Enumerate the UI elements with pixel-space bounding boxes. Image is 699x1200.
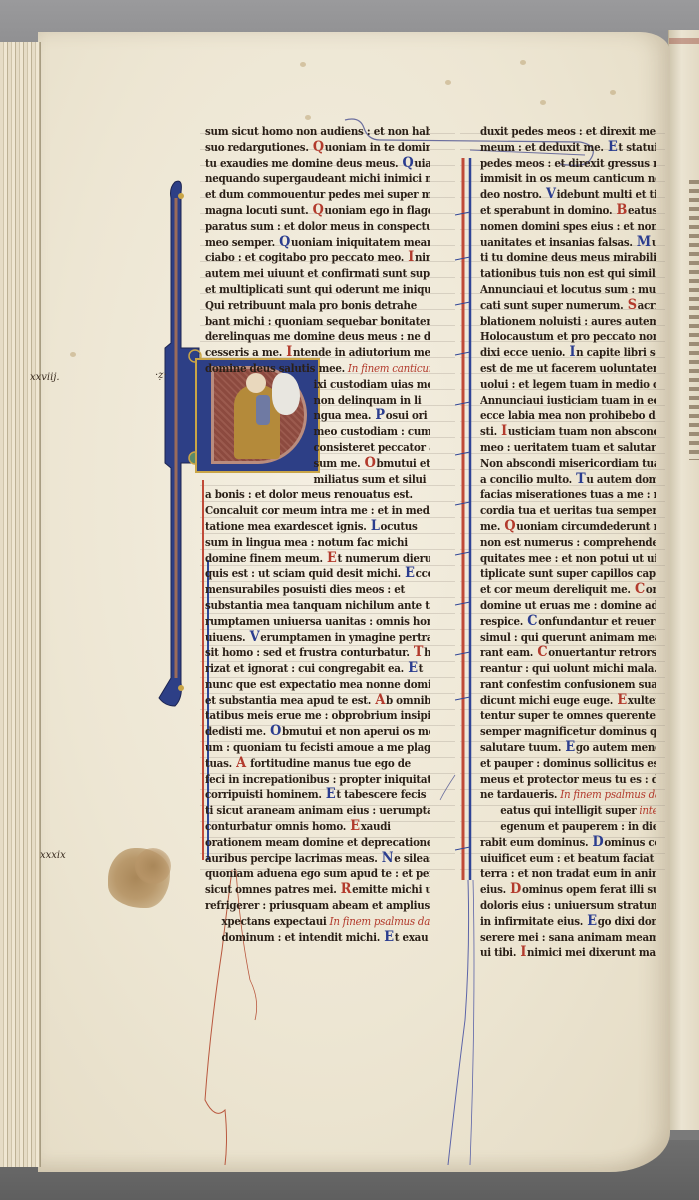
text-line: nunc que est expectatio mea nonne dominu…: [205, 677, 412, 693]
colored-initial: T: [575, 471, 586, 487]
text-line: immisit in os meum canticum nouum : carm…: [480, 171, 642, 187]
text-line: bant michi : quoniam sequebar bonitatem.…: [205, 314, 412, 330]
foxing-spot: [70, 352, 76, 357]
colored-initial: Q: [312, 202, 325, 218]
rubric: In finem psalmus dauid. In finem: [557, 788, 656, 801]
text-line: doloris eius : uniuersum stratum eius ue…: [480, 898, 642, 914]
text-line: tu exaudies me domine deus meus. Quia di…: [205, 156, 412, 172]
text-line: Holocaustum et pro peccato non postulast…: [480, 329, 642, 345]
colored-initial: E: [383, 929, 394, 945]
colored-initial: Q: [504, 518, 517, 534]
text-line: tiplicate sunt super capillos capitis me…: [480, 566, 642, 582]
colored-initial: E: [586, 913, 597, 929]
colored-initial: Q: [312, 139, 325, 155]
text-line: dominum : et intendit michi. Et exau: [205, 930, 412, 946]
text-line: domine ut eruas me : domine ad adiuuandu…: [480, 598, 642, 614]
colored-initial: A: [235, 755, 247, 771]
colored-initial: D: [509, 881, 522, 897]
rubric: intellectus dauid: [636, 804, 656, 817]
text-line: sum in lingua mea : notum fac michi: [205, 535, 412, 551]
text-line: meus et protector meus tu es : deus meus: [480, 772, 642, 788]
text-line: quitates mee : et non potui ut uiderem. …: [480, 551, 642, 567]
colored-initial: E: [407, 660, 418, 676]
colored-initial: P: [374, 407, 385, 423]
colored-initial: M: [636, 234, 652, 250]
text-line: et pauper : dominus sollicitus est mei. …: [480, 756, 642, 772]
text-line: auribus percipe lacrimas meas. Ne sileas: [205, 851, 412, 867]
text-line: serere mei : sana animam meam quia pecca: [480, 930, 642, 946]
text-line: a bonis : et dolor meus renouatus est.: [205, 487, 412, 503]
colored-initial: N: [381, 850, 394, 866]
text-line: quoniam aduena ego sum apud te : et pere…: [205, 866, 412, 882]
colored-initial: I: [285, 344, 293, 360]
colored-initial: O: [269, 723, 282, 739]
text-line: nomen domini spes eius : et non respexit…: [480, 219, 642, 235]
text-line: cati sunt super numerum. Sacrificium et …: [480, 298, 642, 314]
text-line: Qui retribuunt mala pro bonis detrahe: [205, 298, 412, 314]
facing-page-text-fragment: [689, 180, 699, 460]
text-line: reantur : qui uolunt michi mala. Fe: [480, 661, 642, 677]
margin-mark: ·ẓ·: [155, 370, 167, 381]
text-line: uiuificet eum : et beatum faciat eum in: [480, 851, 642, 867]
colored-initial: V: [249, 629, 261, 645]
colored-initial: E: [564, 739, 575, 755]
text-line: ecce labia mea non prohibebo domine tu s…: [480, 408, 642, 424]
colored-initial: A: [374, 692, 386, 708]
margin-gloss-upper: xxviij.: [30, 372, 60, 383]
text-line: ixi custodiam uias meas : ut pro ydithun: [205, 377, 412, 393]
text-line: blationem noluisti : aures autem perfeci…: [480, 314, 642, 330]
text-line: Non abscondi misericordiam tuam et uerit…: [480, 456, 642, 472]
text-line: derelinquas me domine deus meus : ne dis: [205, 329, 412, 345]
text-line: tationibus tuis non est qui similis sit …: [480, 266, 642, 282]
text-line: non est numerus : comprehenderunt me ini: [480, 535, 642, 551]
text-line: et multiplicati sunt qui oderunt me iniq…: [205, 282, 412, 298]
text-line: conturbatur omnis homo. Exaudi: [205, 819, 412, 835]
text-line: corripuisti hominem. Et tabescere fecis: [205, 787, 412, 803]
colored-initial: E: [616, 692, 627, 708]
text-line: Annunciaui et locutus sum : multipli: [480, 282, 642, 298]
text-line: deo nostro. Videbunt multi et timebunt :: [480, 187, 642, 203]
colored-initial: Q: [278, 234, 291, 250]
text-line: simul : qui querunt animam meam ut aufe: [480, 630, 642, 646]
text-line: Annunciaui iusticiam tuam in ecclesia ma…: [480, 393, 642, 409]
text-line: domine deus salutis mee. In finem cantic…: [205, 361, 412, 377]
text-line: feci in increpationibus : propter iniqui…: [205, 772, 412, 788]
text-line: magna locuti sunt. Quoniam ego in flagel…: [205, 203, 412, 219]
foxing-spot: [520, 60, 526, 65]
page-stack-fore-edge: [0, 42, 41, 1167]
text-line: orationem meam domine et deprecationem m…: [205, 835, 412, 851]
text-line: autem mei uiuunt et confirmati sunt supe…: [205, 266, 412, 282]
colored-initial: C: [536, 644, 548, 660]
text-line: uanitates et insanias falsas. Multa feci…: [480, 235, 642, 251]
text-line: meo custodiam : cum: [205, 424, 412, 440]
text-line: uiuens. Verumptamen in ymagine pertran: [205, 630, 412, 646]
colored-initial: L: [370, 518, 381, 534]
text-line: egenum et pauperem : in die mala libe: [480, 819, 642, 835]
colored-initial: E: [404, 565, 415, 581]
text-line: sicut omnes patres mei. Remitte michi ut: [205, 882, 412, 898]
foxing-spot: [610, 90, 616, 95]
colored-initial: S: [627, 297, 638, 313]
binding-edge: [669, 38, 699, 44]
text-line: et sperabunt in domino. Beatus uir cuius…: [480, 203, 642, 219]
colored-initial: E: [326, 550, 337, 566]
colored-initial: I: [407, 249, 415, 265]
text-column-right: duxit pedes meos : et direxit me. Et cla…: [480, 124, 656, 961]
text-line: dedisti me. Obmutui et non aperui os me: [205, 724, 412, 740]
colored-initial: O: [364, 455, 377, 471]
colored-initial: E: [349, 818, 360, 834]
colored-initial: I: [569, 344, 577, 360]
colored-initial: I: [519, 944, 527, 960]
text-line: suo redargutiones. Quoniam in te domine …: [205, 140, 412, 156]
text-line: ui tibi. Inimici mei dixerunt mala: [480, 945, 642, 961]
text-line: non delinquam in li: [205, 393, 412, 409]
text-line: in infirmitate eius. Ego dixi domine mi: [480, 914, 642, 930]
text-line: um : quoniam tu fecisti amoue a me plaga…: [205, 740, 412, 756]
text-line: refrigerer : priusquam abeam et amplius …: [205, 898, 412, 914]
text-line: mensurabiles posuisti dies meos : et: [205, 582, 412, 598]
text-line: respice. Confundantur et reuereantur: [480, 614, 642, 630]
text-line: rant eam. Conuertantur retrorsum et reue: [480, 645, 642, 661]
text-line: meo semper. Quoniam iniquitatem meam ann…: [205, 235, 412, 251]
text-line: miliatus sum et silui: [205, 472, 412, 488]
text-line: ti tu domine deus meus mirabilia tua : e…: [480, 250, 642, 266]
text-line: domine finem meum. Et numerum dierum meo…: [205, 551, 412, 567]
text-line: terra : et non tradat eum in animam inim…: [480, 866, 642, 882]
text-line: semper magnificetur dominus qui diligunt: [480, 724, 642, 740]
colored-initial: V: [545, 186, 557, 202]
text-line: est de me ut facerem uoluntatem tuam : d…: [480, 361, 642, 377]
text-line: nequando supergaudeant michi inimici mei…: [205, 171, 412, 187]
text-line: Concaluit cor meum intra me : et in medi: [205, 503, 412, 519]
text-line: et cor meum dereliquit me. Complaceat ti…: [480, 582, 642, 598]
text-line: duxit pedes meos : et direxit me. Et cla…: [480, 124, 642, 140]
text-line: eatus qui intelligit super intellectus d…: [480, 803, 642, 819]
colored-initial: E: [607, 139, 618, 155]
colored-initial: C: [526, 613, 538, 629]
facing-page-edge: [668, 30, 699, 1130]
foxing-spot: [300, 62, 306, 67]
text-line: dixi ecce uenio. In capite libri scriptu…: [480, 345, 642, 361]
text-line: paratus sum : et dolor meus in conspectu: [205, 219, 412, 235]
foxing-spot: [540, 100, 546, 105]
text-line: tatione mea exardescet ignis. Locutus: [205, 519, 412, 535]
text-line: sum sicut homo non audiens : et non habe…: [205, 124, 412, 140]
colored-initial: B: [616, 202, 628, 218]
text-line: rumptamen uniuersa uanitas : omnis homo: [205, 614, 412, 630]
text-line: pedes meos : et direxit gressus meos. Et: [480, 156, 642, 172]
text-line: et dum commouentur pedes mei super me :: [205, 187, 412, 203]
text-line: cordia tua et ueritas tua semper suscepe…: [480, 503, 642, 519]
text-column-left: sum sicut homo non audiens : et non habe…: [205, 124, 430, 945]
text-line: ne tardaueris. In finem psalmus dauid. I…: [480, 787, 642, 803]
text-line: xpectans expectaui In finem psalmus daui…: [205, 914, 412, 930]
text-line: dicunt michi euge euge. Exultent et le: [480, 693, 642, 709]
text-line: cesseris a me. Intende in adiutorium meu…: [205, 345, 412, 361]
text-line: a concilio multo. Tu autem domine ne lon…: [480, 472, 642, 488]
text-line: meum : et deduxit me. Et statuit super p…: [480, 140, 642, 156]
text-line: tuas. A fortitudine manus tue ego de: [205, 756, 412, 772]
text-line: eius. Dominus opem ferat illi super lect…: [480, 882, 642, 898]
text-line: rizat et ignorat : cui congregabit ea. E…: [205, 661, 412, 677]
water-stain-lobe: [135, 848, 171, 884]
text-line: et substantia mea apud te est. Ab omnibu…: [205, 693, 412, 709]
rubric: In finem canticum dauid: [345, 362, 430, 375]
text-line: tatibus meis erue me : obprobrium insipi…: [205, 708, 412, 724]
text-line: ti sicut araneam animam eius : uerumptam…: [205, 803, 412, 819]
text-line: quis est : ut sciam quid desit michi. Ec…: [205, 566, 412, 582]
text-line: sti. Iusticiam tuam non abscondi in cord…: [480, 424, 642, 440]
rubric: In finem psalmus dauid: [327, 915, 430, 928]
text-line: rabit eum dominus. Dominus conseruet eum…: [480, 835, 642, 851]
colored-initial: R: [340, 881, 352, 897]
text-line: rant confestim confusionem suam : qui: [480, 677, 642, 693]
colored-initial: D: [592, 834, 605, 850]
colored-initial: I: [500, 423, 508, 439]
text-line: meo : ueritatem tuam et salutare tuum di…: [480, 440, 642, 456]
margin-gloss-lower: xxxix: [40, 850, 66, 861]
text-line: substantia mea tanquam nichilum ante te.…: [205, 598, 412, 614]
foxing-spot: [445, 80, 451, 85]
colored-initial: E: [325, 786, 336, 802]
colored-initial: T: [413, 644, 424, 660]
text-line: ciabo : et cogitabo pro peccato meo. Ini…: [205, 250, 412, 266]
text-line: ngua mea. Posui ori: [205, 408, 412, 424]
text-line: me. Quoniam circumdederunt me mala quoru…: [480, 519, 642, 535]
text-line: consisteret peccator aduer: [205, 440, 412, 456]
colored-initial: C: [634, 581, 646, 597]
text-line: salutare tuum. Ego autem mendicus sum: [480, 740, 642, 756]
text-line: uolui : et legem tuam in medio cordis me…: [480, 377, 642, 393]
text-line: sum me. Obmutui et hu: [205, 456, 412, 472]
text-line: sit homo : sed et frustra conturbatur. T…: [205, 645, 412, 661]
text-line: tentur super te omnes querentes te : et …: [480, 708, 642, 724]
text-line: facias miserationes tuas a me : miseri: [480, 487, 642, 503]
colored-initial: Q: [402, 155, 415, 171]
